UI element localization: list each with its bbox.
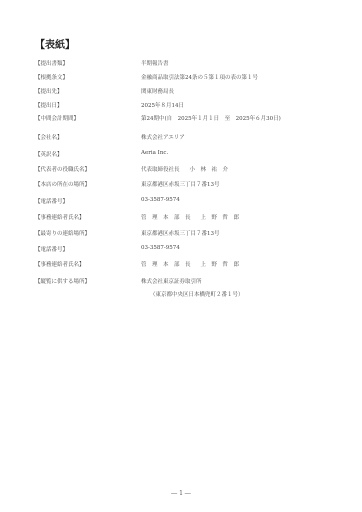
value: Aeria Inc. — [141, 150, 168, 156]
row-submitted-to: 【提出先】 関東財務局長 — [0, 87, 362, 99]
label: 【電話番号】 — [35, 197, 68, 205]
row-public-inspection-address: （東京都中央区日本橋兜町２番１号） — [0, 290, 362, 302]
contact-name: 上 野 哲 郎 — [201, 215, 240, 221]
value: 関東財務局長 — [141, 87, 174, 95]
row-english-name: 【英訳名】 Aeria Inc. — [0, 150, 362, 162]
row-contact-person-1: 【事務連絡者氏名】 管 理 本 部 長上 野 哲 郎 — [0, 213, 362, 225]
label: 【提出先】 — [35, 87, 63, 95]
label: 【提出書類】 — [35, 59, 68, 67]
label: 【本店の所在の場所】 — [35, 180, 90, 188]
sub-value: （東京都中央区日本橋兜町２番１号） — [150, 290, 244, 298]
contact-name: 上 野 哲 郎 — [201, 262, 240, 268]
value: 管 理 本 部 長上 野 哲 郎 — [141, 260, 239, 268]
label: 【英訳名】 — [35, 150, 63, 158]
row-interim-period: 【中間会計期間】 第24期中(自 2025年１月１日 至 2025年６月30日) — [0, 114, 362, 126]
label: 【中間会計期間】 — [35, 114, 79, 122]
label: 【会社名】 — [35, 133, 63, 141]
label: 【事務連絡者氏名】 — [35, 260, 85, 268]
value: 東京都港区赤坂三丁目７番13号 — [141, 180, 220, 188]
representative-title: 代表取締役社長 — [141, 167, 180, 173]
row-legal-basis: 【根拠条文】 金融商品取引法第24条の５第１項の表の第１号 — [0, 73, 362, 85]
label: 【代表者の役職氏名】 — [35, 165, 90, 173]
row-representative: 【代表者の役職氏名】 代表取締役社長小 林 祐 介 — [0, 165, 362, 177]
value: 管 理 本 部 長上 野 哲 郎 — [141, 213, 239, 221]
value: 半期報告書 — [141, 59, 169, 67]
label: 【事務連絡者氏名】 — [35, 213, 85, 221]
label: 【提出日】 — [35, 101, 63, 109]
page-number: ― 1 ― — [0, 490, 362, 497]
value: 2025年８月14日 — [141, 101, 184, 109]
row-phone-1: 【電話番号】 03-3587-9574 — [0, 197, 362, 209]
value: 代表取締役社長小 林 祐 介 — [141, 165, 228, 173]
label: 【根拠条文】 — [35, 73, 68, 81]
label: 【縦覧に供する場所】 — [35, 277, 90, 285]
value: 03-3587-9574 — [141, 197, 180, 203]
row-head-office: 【本店の所在の場所】 東京都港区赤坂三丁目７番13号 — [0, 180, 362, 192]
row-nearest-contact: 【最寄りの連絡場所】 東京都港区赤坂三丁目７番13号 — [0, 229, 362, 241]
row-submission-document: 【提出書類】 半期報告書 — [0, 59, 362, 71]
label: 【電話番号】 — [35, 245, 68, 253]
contact-title: 管 理 本 部 長 — [141, 215, 191, 221]
value: 金融商品取引法第24条の５第１項の表の第１号 — [141, 73, 258, 81]
value: 第24期中(自 2025年１月１日 至 2025年６月30日) — [141, 114, 281, 122]
row-company-name: 【会社名】 株式会社アエリア — [0, 133, 362, 145]
row-public-inspection: 【縦覧に供する場所】 株式会社東京証券取引所 — [0, 277, 362, 289]
contact-title: 管 理 本 部 長 — [141, 262, 191, 268]
value: 株式会社アエリア — [141, 133, 185, 141]
row-contact-person-2: 【事務連絡者氏名】 管 理 本 部 長上 野 哲 郎 — [0, 260, 362, 272]
cover-title: 【表紙】 — [35, 36, 75, 51]
representative-name: 小 林 祐 介 — [190, 167, 229, 173]
value: 東京都港区赤坂三丁目７番13号 — [141, 229, 220, 237]
row-phone-2: 【電話番号】 03-3587-9574 — [0, 245, 362, 257]
value: 株式会社東京証券取引所 — [141, 277, 202, 285]
row-submission-date: 【提出日】 2025年８月14日 — [0, 101, 362, 113]
value: 03-3587-9574 — [141, 245, 180, 251]
label: 【最寄りの連絡場所】 — [35, 229, 90, 237]
